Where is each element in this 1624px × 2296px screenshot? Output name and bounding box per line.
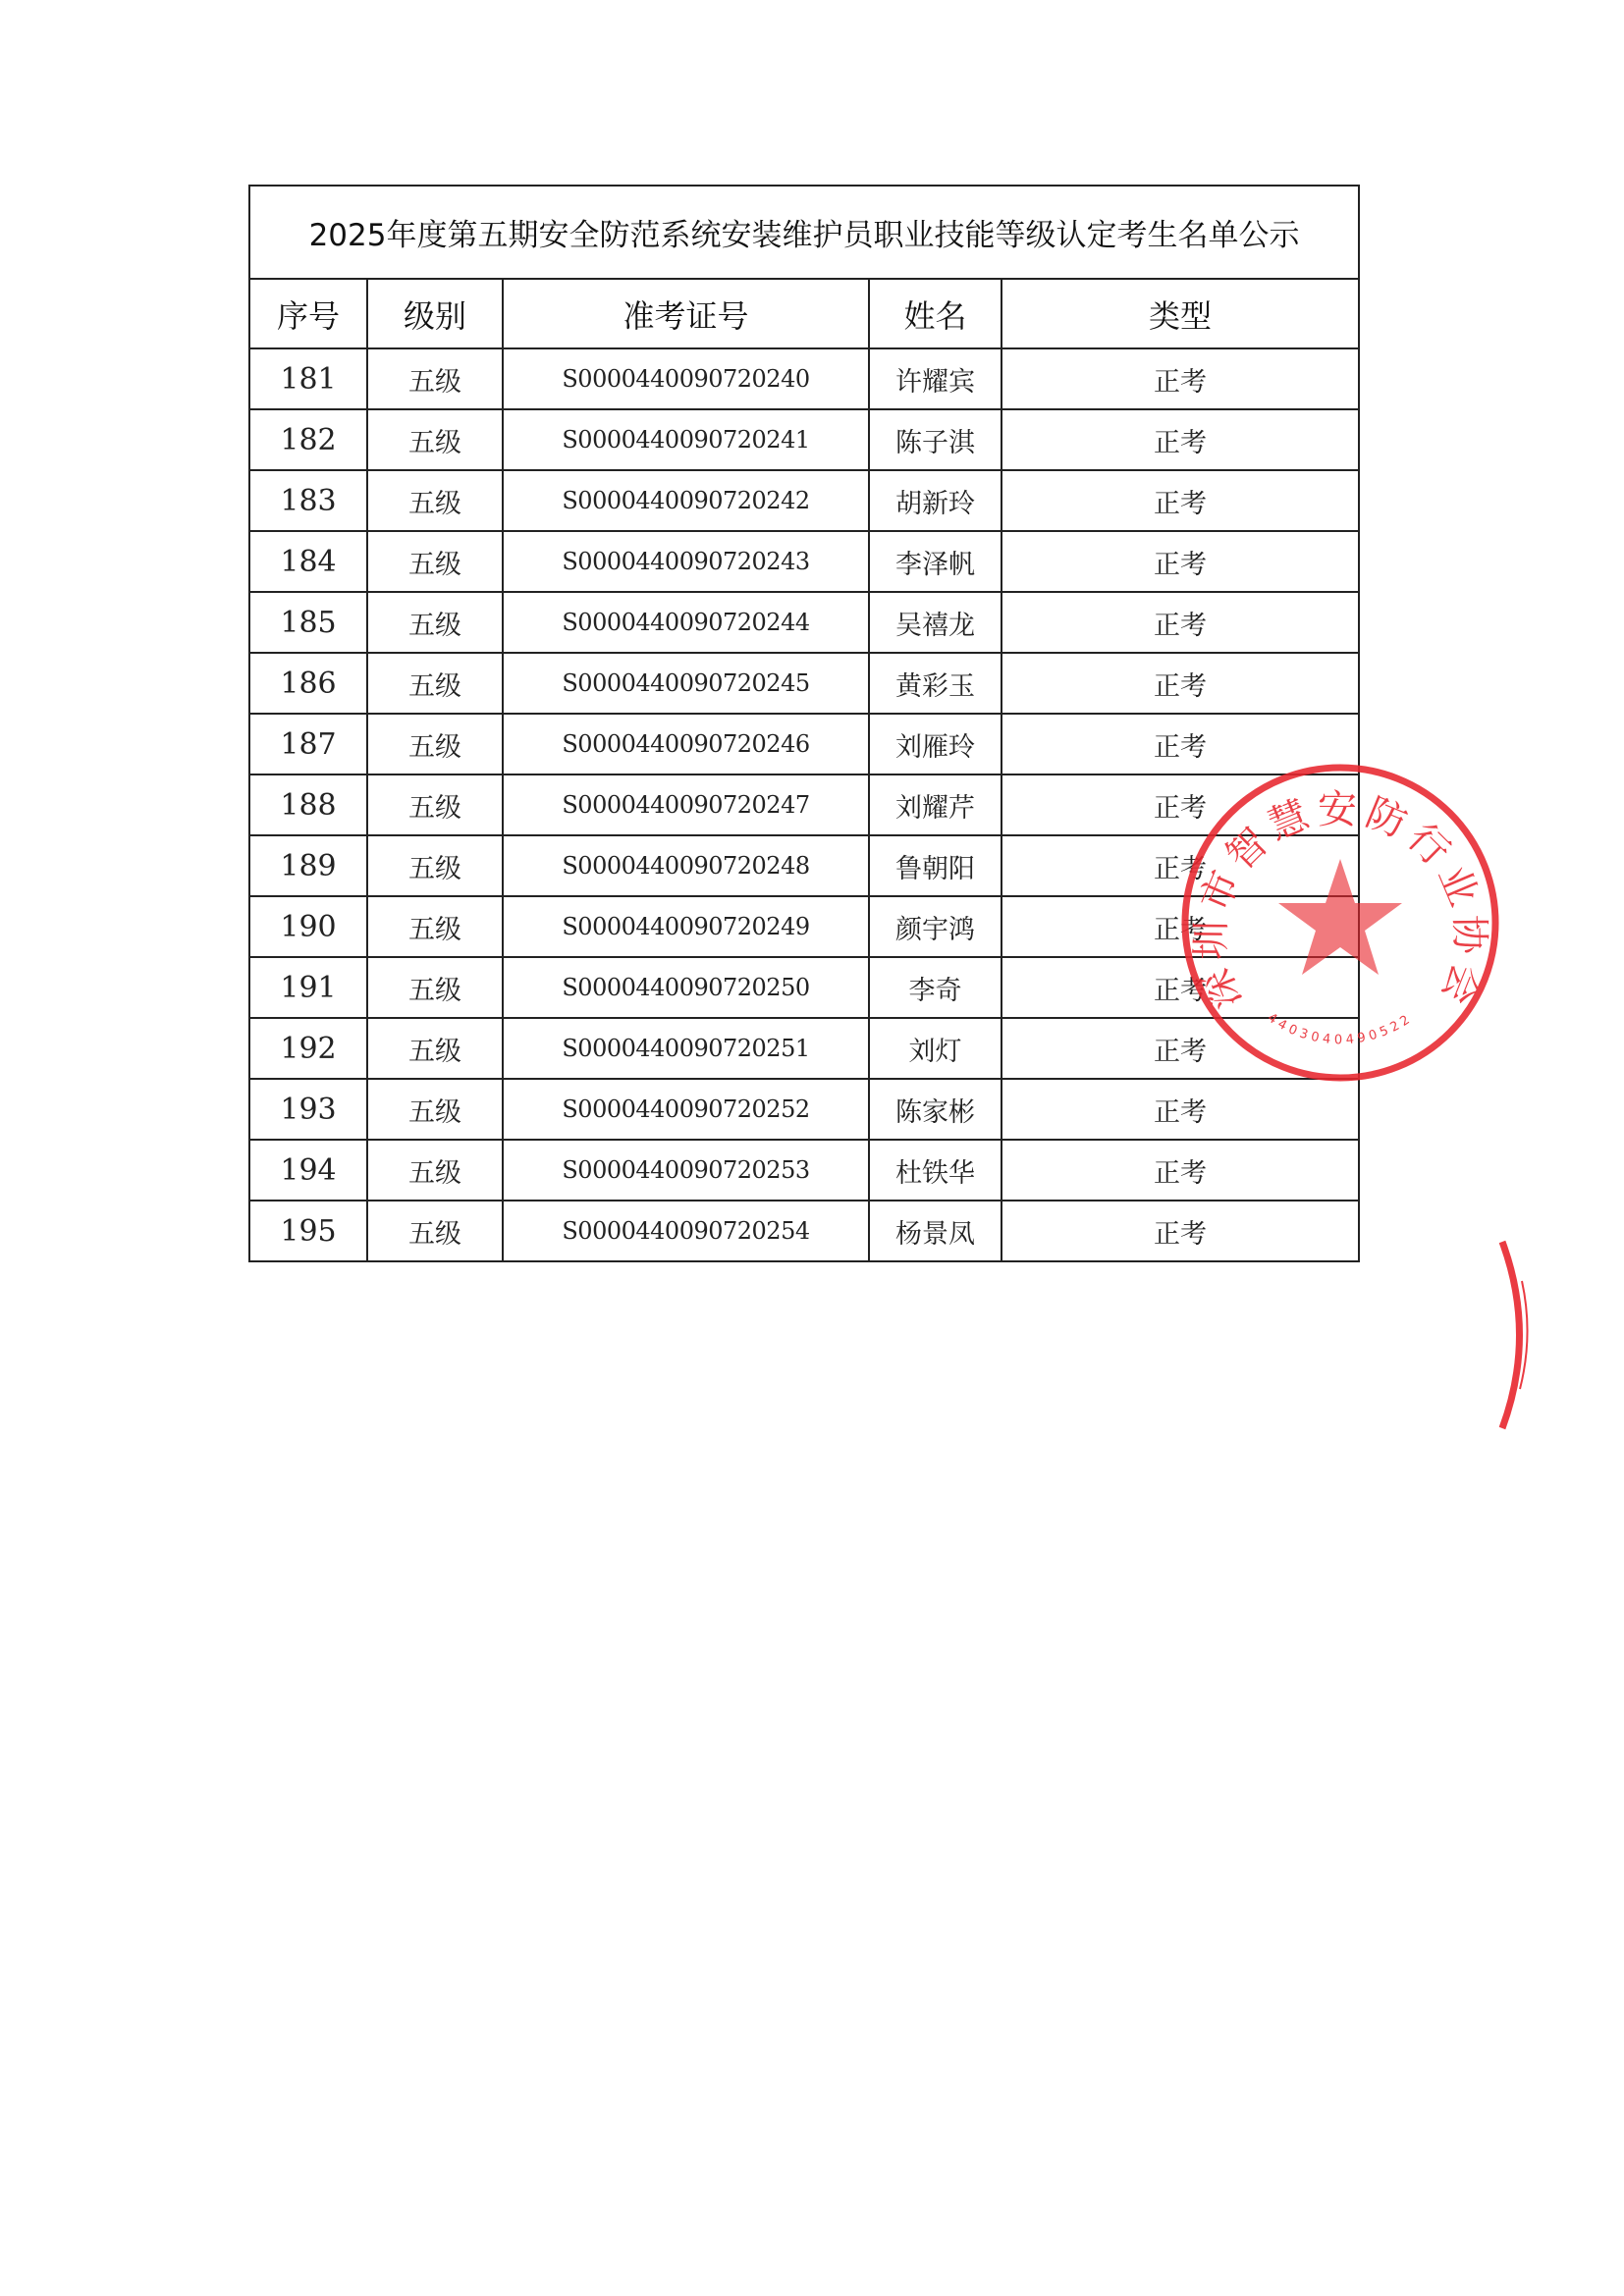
row-exam-type: 正考 xyxy=(1001,409,1359,470)
table-row: 182五级S0000440090720241陈子淇正考 xyxy=(249,409,1359,470)
row-level: 五级 xyxy=(367,409,503,470)
table-row: 191五级S0000440090720250李奇正考 xyxy=(249,957,1359,1018)
row-candidate-name: 吴禧龙 xyxy=(869,592,1001,653)
table-row: 193五级S0000440090720252陈家彬正考 xyxy=(249,1079,1359,1140)
column-header-level: 级别 xyxy=(367,279,503,348)
row-number: 195 xyxy=(249,1201,367,1261)
table-row: 184五级S0000440090720243李泽帆正考 xyxy=(249,531,1359,592)
document-page: 2025年度第五期安全防范系统安装维护员职业技能等级认定考生名单公示 序号 级别… xyxy=(0,0,1624,2296)
row-number: 181 xyxy=(249,348,367,409)
row-ticket-number: S0000440090720248 xyxy=(503,835,869,896)
table-row: 194五级S0000440090720253杜铁华正考 xyxy=(249,1140,1359,1201)
row-level: 五级 xyxy=(367,1201,503,1261)
row-number: 186 xyxy=(249,653,367,714)
column-header-ticket: 准考证号 xyxy=(503,279,869,348)
row-level: 五级 xyxy=(367,957,503,1018)
row-level: 五级 xyxy=(367,1018,503,1079)
row-level: 五级 xyxy=(367,774,503,835)
row-exam-type: 正考 xyxy=(1001,896,1359,957)
row-number: 183 xyxy=(249,470,367,531)
row-number: 187 xyxy=(249,714,367,774)
row-level: 五级 xyxy=(367,531,503,592)
row-exam-type: 正考 xyxy=(1001,592,1359,653)
row-ticket-number: S0000440090720243 xyxy=(503,531,869,592)
row-ticket-number: S0000440090720252 xyxy=(503,1079,869,1140)
row-exam-type: 正考 xyxy=(1001,1140,1359,1201)
row-candidate-name: 陈子淇 xyxy=(869,409,1001,470)
row-exam-type: 正考 xyxy=(1001,714,1359,774)
row-ticket-number: S0000440090720249 xyxy=(503,896,869,957)
row-number: 193 xyxy=(249,1079,367,1140)
row-ticket-number: S0000440090720242 xyxy=(503,470,869,531)
table-row: 181五级S0000440090720240许耀宾正考 xyxy=(249,348,1359,409)
row-exam-type: 正考 xyxy=(1001,653,1359,714)
candidate-roster-table: 2025年度第五期安全防范系统安装维护员职业技能等级认定考生名单公示 序号 级别… xyxy=(248,185,1360,1262)
row-ticket-number: S0000440090720254 xyxy=(503,1201,869,1261)
roster-body: 181五级S0000440090720240许耀宾正考182五级S0000440… xyxy=(249,348,1359,1261)
row-ticket-number: S0000440090720253 xyxy=(503,1140,869,1201)
column-header-type: 类型 xyxy=(1001,279,1359,348)
row-candidate-name: 杨景凤 xyxy=(869,1201,1001,1261)
column-header-no: 序号 xyxy=(249,279,367,348)
row-number: 189 xyxy=(249,835,367,896)
row-level: 五级 xyxy=(367,653,503,714)
document-title: 2025年度第五期安全防范系统安装维护员职业技能等级认定考生名单公示 xyxy=(249,186,1359,279)
table-row: 183五级S0000440090720242胡新玲正考 xyxy=(249,470,1359,531)
table-row: 192五级S0000440090720251刘灯正考 xyxy=(249,1018,1359,1079)
row-ticket-number: S0000440090720250 xyxy=(503,957,869,1018)
row-candidate-name: 刘耀芹 xyxy=(869,774,1001,835)
row-exam-type: 正考 xyxy=(1001,531,1359,592)
row-ticket-number: S0000440090720251 xyxy=(503,1018,869,1079)
row-candidate-name: 黄彩玉 xyxy=(869,653,1001,714)
row-candidate-name: 刘雁玲 xyxy=(869,714,1001,774)
row-exam-type: 正考 xyxy=(1001,1079,1359,1140)
row-level: 五级 xyxy=(367,896,503,957)
row-level: 五级 xyxy=(367,1140,503,1201)
row-level: 五级 xyxy=(367,714,503,774)
row-ticket-number: S0000440090720245 xyxy=(503,653,869,714)
table-row: 190五级S0000440090720249颜宇鸿正考 xyxy=(249,896,1359,957)
row-number: 184 xyxy=(249,531,367,592)
row-candidate-name: 颜宇鸿 xyxy=(869,896,1001,957)
row-number: 190 xyxy=(249,896,367,957)
row-ticket-number: S0000440090720247 xyxy=(503,774,869,835)
row-number: 182 xyxy=(249,409,367,470)
table-row: 195五级S0000440090720254杨景凤正考 xyxy=(249,1201,1359,1261)
row-candidate-name: 李泽帆 xyxy=(869,531,1001,592)
row-number: 188 xyxy=(249,774,367,835)
row-number: 194 xyxy=(249,1140,367,1201)
row-level: 五级 xyxy=(367,348,503,409)
table-row: 187五级S0000440090720246刘雁玲正考 xyxy=(249,714,1359,774)
row-number: 192 xyxy=(249,1018,367,1079)
row-ticket-number: S0000440090720240 xyxy=(503,348,869,409)
row-exam-type: 正考 xyxy=(1001,1201,1359,1261)
table-row: 189五级S0000440090720248鲁朝阳正考 xyxy=(249,835,1359,896)
row-level: 五级 xyxy=(367,835,503,896)
row-level: 五级 xyxy=(367,592,503,653)
row-level: 五级 xyxy=(367,470,503,531)
table-row: 186五级S0000440090720245黄彩玉正考 xyxy=(249,653,1359,714)
row-exam-type: 正考 xyxy=(1001,957,1359,1018)
row-level: 五级 xyxy=(367,1079,503,1140)
table-row: 188五级S0000440090720247刘耀芹正考 xyxy=(249,774,1359,835)
row-ticket-number: S0000440090720246 xyxy=(503,714,869,774)
table-row: 185五级S0000440090720244吴禧龙正考 xyxy=(249,592,1359,653)
row-exam-type: 正考 xyxy=(1001,774,1359,835)
row-exam-type: 正考 xyxy=(1001,348,1359,409)
row-candidate-name: 杜铁华 xyxy=(869,1140,1001,1201)
row-candidate-name: 许耀宾 xyxy=(869,348,1001,409)
row-number: 191 xyxy=(249,957,367,1018)
row-candidate-name: 陈家彬 xyxy=(869,1079,1001,1140)
row-exam-type: 正考 xyxy=(1001,835,1359,896)
row-number: 185 xyxy=(249,592,367,653)
column-header-name: 姓名 xyxy=(869,279,1001,348)
row-ticket-number: S0000440090720244 xyxy=(503,592,869,653)
row-exam-type: 正考 xyxy=(1001,1018,1359,1079)
row-candidate-name: 胡新玲 xyxy=(869,470,1001,531)
row-exam-type: 正考 xyxy=(1001,470,1359,531)
row-ticket-number: S0000440090720241 xyxy=(503,409,869,470)
row-candidate-name: 刘灯 xyxy=(869,1018,1001,1079)
row-candidate-name: 鲁朝阳 xyxy=(869,835,1001,896)
partial-seal-icon xyxy=(1492,1237,1571,1433)
row-candidate-name: 李奇 xyxy=(869,957,1001,1018)
